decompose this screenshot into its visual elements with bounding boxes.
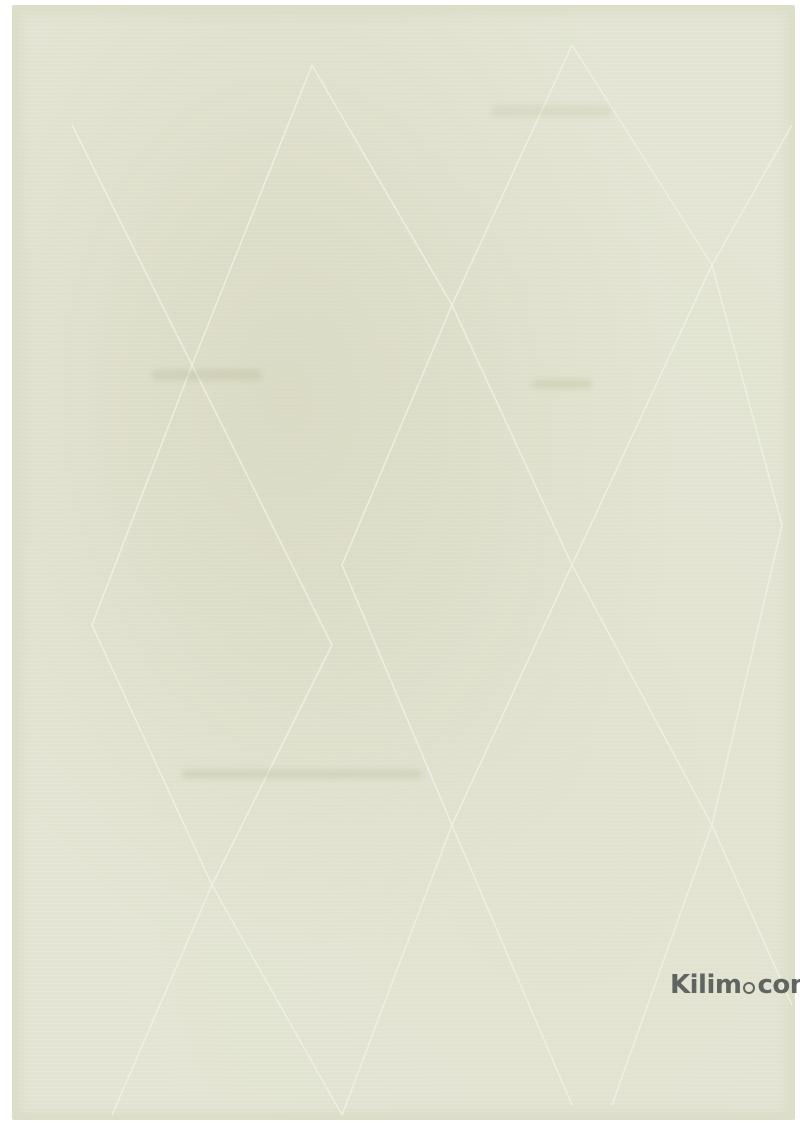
- rug: [12, 5, 795, 1120]
- lattice-pattern: [12, 5, 795, 1120]
- stain: [182, 770, 422, 778]
- watermark-text-com: com: [757, 970, 800, 1000]
- stain: [492, 105, 612, 117]
- watermark-dot-icon: [743, 982, 755, 994]
- stain: [152, 370, 262, 380]
- watermark-text-kilim: Kilim: [670, 970, 741, 1000]
- kilim-com-watermark: Kilim com: [670, 970, 800, 1000]
- stain: [532, 380, 592, 388]
